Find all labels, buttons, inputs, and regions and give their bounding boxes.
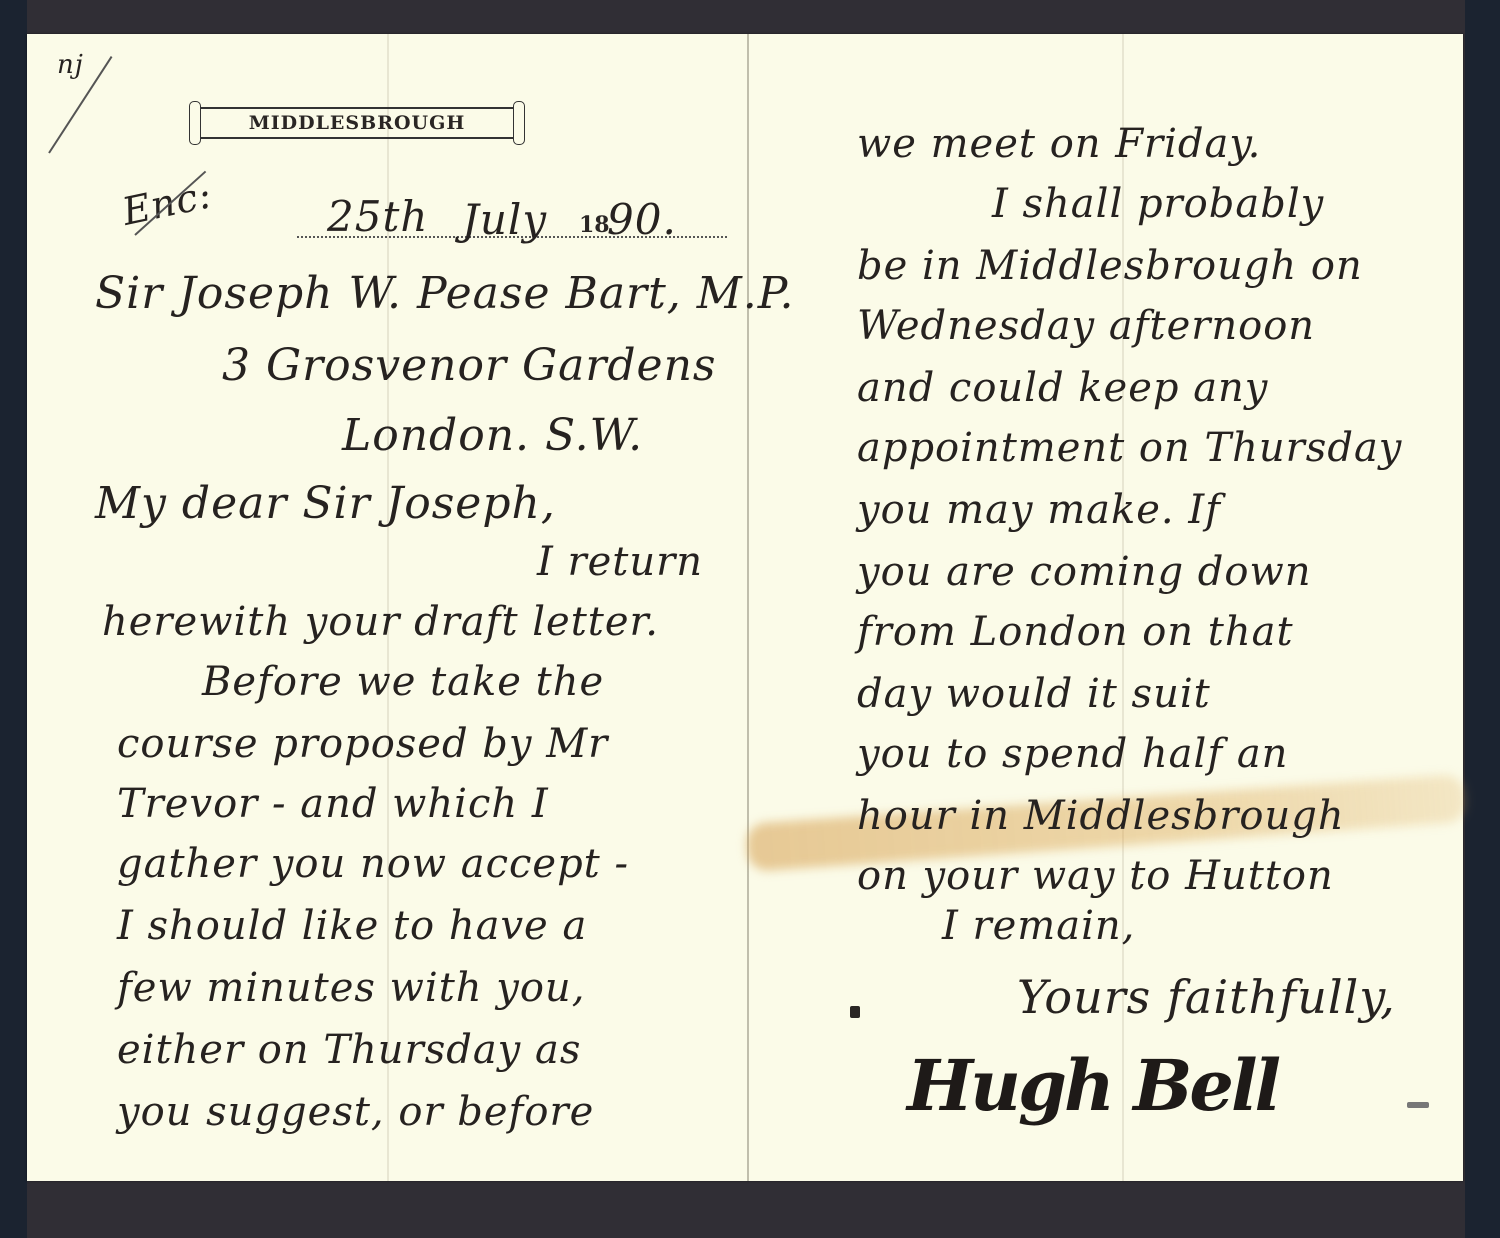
body-line: appointment on Thursday xyxy=(857,428,1402,468)
letter-sheet: nj MIDDLESBROUGH Enc: 25th July 18 90. S… xyxy=(27,34,1463,1181)
date-month: July xyxy=(462,199,547,241)
salutation: My dear Sir Joseph, xyxy=(95,482,556,526)
body-line: be in Middlesbrough on xyxy=(857,246,1363,286)
body-line: I return xyxy=(537,542,703,582)
body-line: I shall probably xyxy=(992,184,1324,224)
body-line: on your way to Hutton xyxy=(857,856,1334,896)
ink-blot xyxy=(1407,1102,1429,1108)
body-line: Wednesday afternoon xyxy=(857,306,1315,346)
body-line: you suggest, or before xyxy=(117,1092,594,1132)
date-day: 25th xyxy=(327,196,428,238)
ink-blot xyxy=(850,1006,860,1018)
body-line: course proposed by Mr xyxy=(117,724,608,764)
body-line: you may make. If xyxy=(857,490,1221,530)
body-line: I should like to have a xyxy=(117,906,587,946)
letterhead-banner: MIDDLESBROUGH xyxy=(197,107,517,139)
body-line: hour in Middlesbrough xyxy=(857,796,1345,836)
recipient-name: Sir Joseph W. Pease Bart, M.P. xyxy=(95,272,794,316)
center-fold xyxy=(747,34,749,1181)
body-line: from London on that xyxy=(857,612,1294,652)
closing-remain: I remain, xyxy=(942,906,1135,946)
margin-note: nj xyxy=(57,52,84,78)
body-line: we meet on Friday. xyxy=(857,124,1261,164)
letterhead-place: MIDDLESBROUGH xyxy=(249,112,466,134)
body-line: Before we take the xyxy=(202,662,604,702)
body-line: either on Thursday as xyxy=(117,1030,581,1070)
scroll-end-left-icon xyxy=(189,101,201,145)
recipient-city: London. S.W. xyxy=(342,414,643,458)
body-line: and could keep any xyxy=(857,368,1268,408)
scroll-end-right-icon xyxy=(513,101,525,145)
body-line: Trevor - and which I xyxy=(117,784,549,824)
body-line: herewith your draft letter. xyxy=(102,602,659,642)
body-line: day would it suit xyxy=(857,674,1211,714)
body-line: you to spend half an xyxy=(857,734,1288,774)
date-year-suffix: 90. xyxy=(607,199,677,241)
signature: Hugh Bell xyxy=(907,1044,1278,1127)
recipient-street: 3 Grosvenor Gardens xyxy=(222,344,717,388)
body-line: you are coming down xyxy=(857,552,1312,592)
body-line: gather you now accept - xyxy=(117,844,629,884)
body-line: few minutes with you, xyxy=(117,968,585,1008)
date-year-prefix: 18 xyxy=(579,212,610,238)
closing-valediction: Yours faithfully, xyxy=(1017,974,1396,1020)
